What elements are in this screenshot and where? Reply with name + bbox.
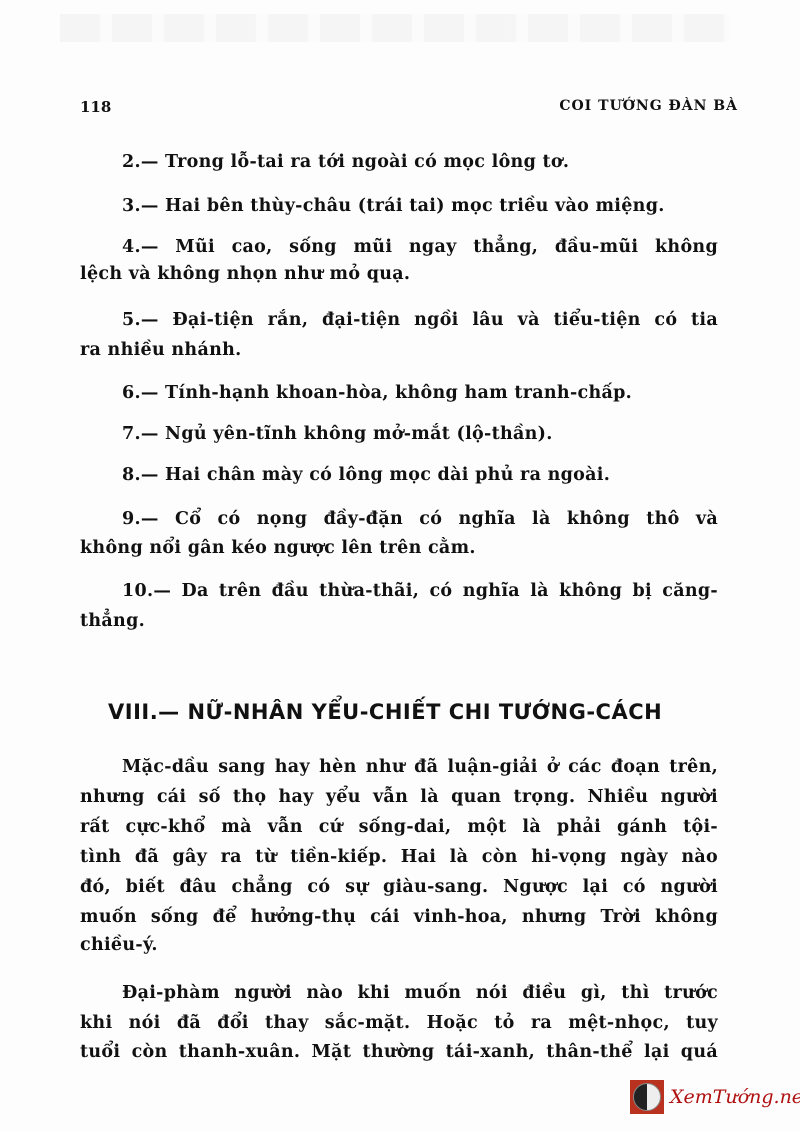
list-item-5-line-2: ra nhiều nhánh. [80, 340, 242, 360]
yin-yang-icon [630, 1080, 664, 1114]
list-item-4-line-1: 4.— Mũi cao, sống mũi ngay thẳng, đầu-mũ… [122, 237, 718, 257]
list-item-9-line-2: không nổi gân kéo ngược lên trên cằm. [80, 538, 476, 558]
list-item-7: 7.— Ngủ yên-tĩnh không mở-mắt (lộ-thần). [122, 424, 553, 444]
paragraph-line: khi nói đã đổi thay sắc-mặt. Hoặc tỏ ra … [80, 1013, 718, 1033]
paragraph-line: chiều-ý. [80, 935, 158, 955]
bleed-through-shadow [60, 14, 730, 42]
list-item-5-line-1: 5.— Đại-tiện rắn, đại-tiện ngồi lâu và t… [122, 310, 718, 330]
paragraph-line: nhưng cái số thọ hay yểu vẫn là quan trọ… [80, 787, 718, 807]
page-header: 118 COI TƯỚNG ĐÀN BÀ [80, 98, 738, 118]
list-item-4-line-2: lệch và không nhọn như mỏ quạ. [80, 264, 410, 284]
watermark-logo: XemTướng.net [630, 1077, 800, 1117]
running-title: COI TƯỚNG ĐÀN BÀ [559, 98, 738, 114]
watermark-text: XemTướng.net [670, 1086, 800, 1108]
paragraph-line: tình đã gây ra từ tiền-kiếp. Hai là còn … [80, 847, 718, 867]
paragraph-line: rất cực-khổ mà vẫn cứ sống-dai, một là p… [80, 817, 718, 837]
paragraph-line: đó, biết đâu chẳng có sự giàu-sang. Ngượ… [80, 877, 718, 897]
list-item-6: 6.— Tính-hạnh khoan-hòa, không ham tranh… [122, 383, 632, 403]
paragraph-line: muốn sống để hưởng-thụ cái vinh-hoa, như… [80, 907, 718, 927]
page-number: 118 [80, 98, 111, 116]
book-page: 118 COI TƯỚNG ĐÀN BÀ 2.— Trong lỗ-tai ra… [0, 0, 800, 1132]
list-item-10-line-2: thẳng. [80, 611, 145, 631]
list-item-3: 3.— Hai bên thùy-châu (trái tai) mọc tri… [122, 196, 665, 216]
list-item-2: 2.— Trong lỗ-tai ra tới ngoài có mọc lôn… [122, 152, 569, 172]
section-heading: VIII.— NỮ-NHÂN YỂU-CHIẾT CHI TƯỚNG-CÁCH [108, 700, 690, 724]
paragraph-line: Mặc-dầu sang hay hèn như đã luận-giải ở … [122, 757, 718, 777]
list-item-10-line-1: 10.— Da trên đầu thừa-thãi, có nghĩa là … [122, 581, 718, 601]
list-item-8: 8.— Hai chân mày có lông mọc dài phủ ra … [122, 465, 610, 485]
paragraph-line: tuổi còn thanh-xuân. Mặt thường tái-xanh… [80, 1042, 718, 1062]
list-item-9-line-1: 9.— Cổ có nọng đầy-đặn có nghĩa là không… [122, 509, 718, 529]
paragraph-line: Đại-phàm người nào khi muốn nói điều gì,… [122, 983, 718, 1003]
